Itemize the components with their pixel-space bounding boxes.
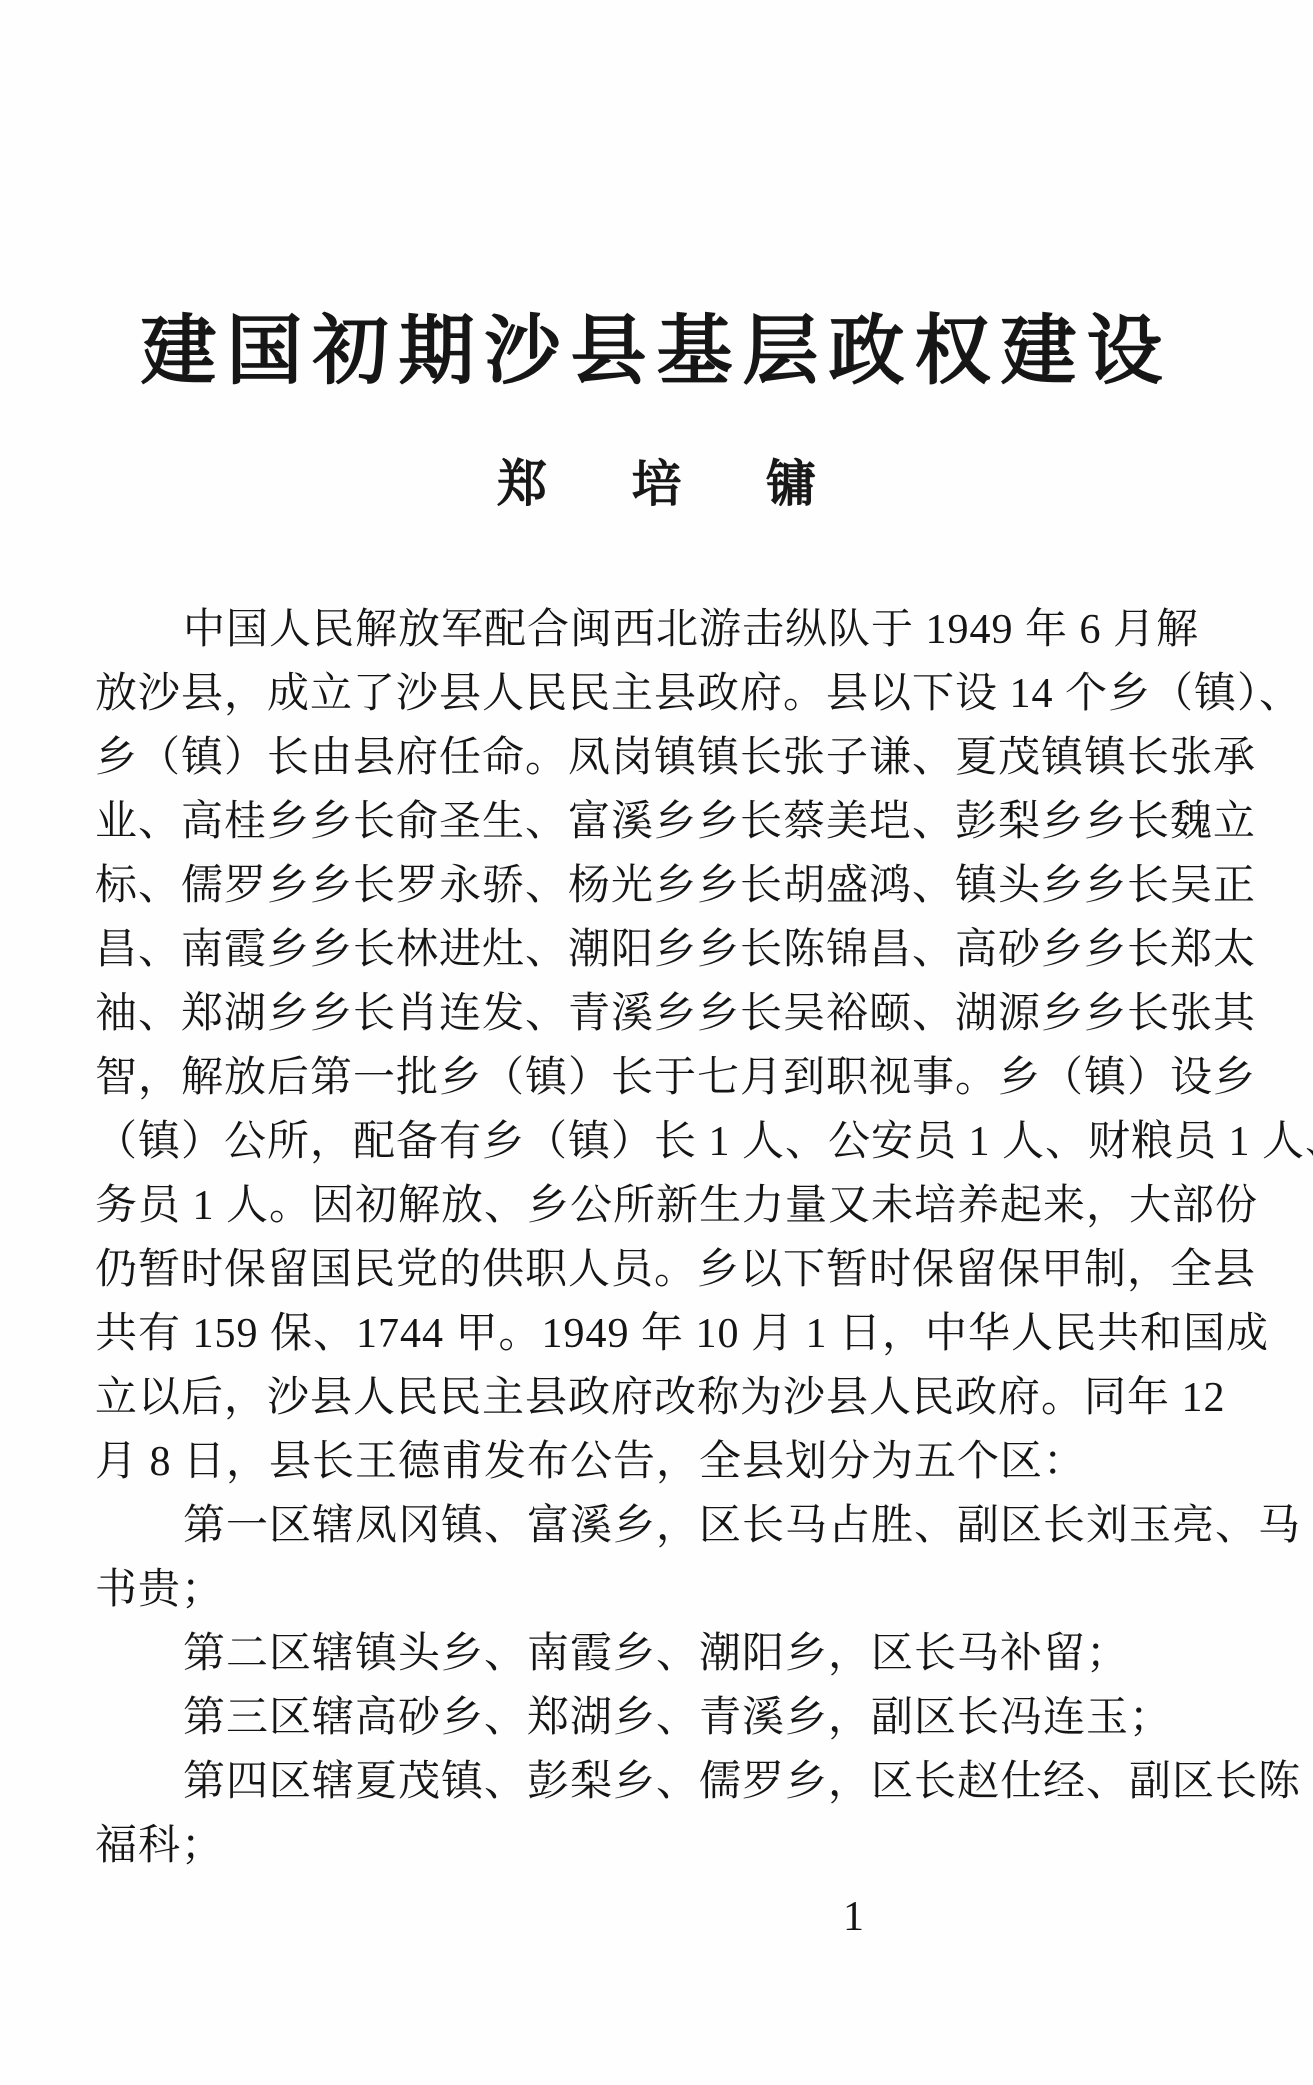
body-line: 放沙县，成立了沙县人民民主县政府。县以下设 14 个乡（镇）、 xyxy=(95,662,1235,726)
body-line: 第二区辖镇头乡、南霞乡、潮阳乡，区长马补留； xyxy=(95,1622,1235,1686)
body-line: 袖、郑湖乡乡长肖连发、青溪乡乡长吴裕颐、湖源乡乡长张其 xyxy=(95,982,1235,1046)
body-line: 昌、南霞乡乡长林进灶、潮阳乡乡长陈锦昌、高砂乡乡长郑太 xyxy=(95,918,1235,982)
document-page: 建国初期沙县基层政权建设 郑 培 镛 中国人民解放军配合闽西北游击纵队于 194… xyxy=(0,0,1313,2085)
body-line: 业、高桂乡乡长俞圣生、富溪乡乡长蔡美垲、彭梨乡乡长魏立 xyxy=(95,790,1235,854)
body-line: 第四区辖夏茂镇、彭梨乡、儒罗乡，区长赵仕经、副区长陈 xyxy=(95,1750,1235,1814)
body-line: 书贵； xyxy=(95,1558,1235,1622)
body-line: 共有 159 保、1744 甲。1949 年 10 月 1 日，中华人民共和国成 xyxy=(95,1302,1235,1366)
body-line: 月 8 日，县长王德甫发布公告，全县划分为五个区： xyxy=(95,1430,1235,1494)
body-line: 乡（镇）长由县府任命。凤岗镇镇长张子谦、夏茂镇镇长张承 xyxy=(95,726,1235,790)
body-line: 第三区辖高砂乡、郑湖乡、青溪乡，副区长冯连玉； xyxy=(95,1686,1235,1750)
author-name: 郑 培 镛 xyxy=(0,444,1313,516)
body-line: 仍暂时保留国民党的供职人员。乡以下暂时保留保甲制，全县 xyxy=(95,1238,1235,1302)
page-title: 建国初期沙县基层政权建设 xyxy=(0,290,1313,399)
body-line: 第一区辖凤冈镇、富溪乡，区长马占胜、副区长刘玉亮、马 xyxy=(95,1494,1235,1558)
page-number: 1 xyxy=(843,1893,864,1941)
body-line: 福科； xyxy=(95,1814,1235,1878)
article-body: 中国人民解放军配合闽西北游击纵队于 1949 年 6 月解 放沙县，成立了沙县人… xyxy=(95,598,1235,1878)
body-line: 务员 1 人。因初解放、乡公所新生力量又未培养起来，大部份 xyxy=(95,1174,1235,1238)
body-line: 立以后，沙县人民民主县政府改称为沙县人民政府。同年 12 xyxy=(95,1366,1235,1430)
body-line: （镇）公所，配备有乡（镇）长 1 人、公安员 1 人、财粮员 1 人、税 xyxy=(95,1110,1235,1174)
body-line: 中国人民解放军配合闽西北游击纵队于 1949 年 6 月解 xyxy=(95,598,1235,662)
body-line: 标、儒罗乡乡长罗永骄、杨光乡乡长胡盛鸿、镇头乡乡长吴正 xyxy=(95,854,1235,918)
body-line: 智，解放后第一批乡（镇）长于七月到职视事。乡（镇）设乡 xyxy=(95,1046,1235,1110)
